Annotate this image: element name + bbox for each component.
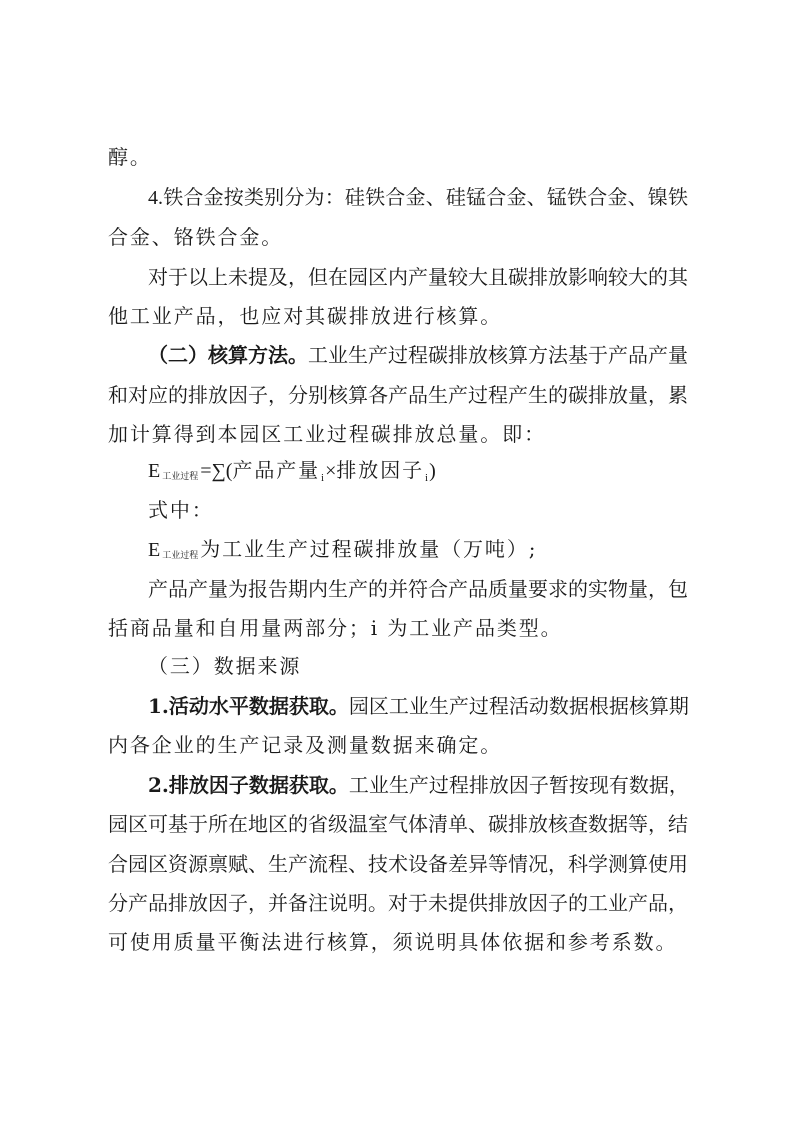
line-text: 铁合金按类别分为：硅铁合金、硅锰合金、锰铁合金、镍铁 xyxy=(163,185,688,209)
section-heading: （二）核算方法。 xyxy=(148,343,308,367)
formula: E工业过程=∑(产品产量i×排放因子i) xyxy=(148,455,688,485)
section-heading: （三）数据来源 xyxy=(148,651,688,681)
paragraph-line: 括商品量和自用量两部分；i 为工业产品类型。 xyxy=(108,613,688,643)
line-text: 园区工业生产过程活动数据根据核算期 xyxy=(349,694,689,718)
line-text: 合金、铬铁合金。 xyxy=(108,225,283,249)
document-page: 醇。 4.铁合金按类别分为：硅铁合金、硅锰合金、锰铁合金、镍铁 合金、铬铁合金。… xyxy=(0,0,794,1123)
formula-term1: 产品产量 xyxy=(232,458,320,482)
paragraph-line: 合金、铬铁合金。 xyxy=(108,222,688,252)
paragraph-line: 他工业产品，也应对其碳排放进行核算。 xyxy=(108,301,688,331)
formula-index: i xyxy=(425,472,428,484)
line-text: 内各企业的生产记录及测量数据来确定。 xyxy=(108,733,502,757)
line-text: 可使用质量平衡法进行核算，须说明具体依据和参考系数。 xyxy=(108,930,677,954)
formula-close: ) xyxy=(429,460,436,482)
paragraph-line: 园区可基于所在地区的省级温室气体清单、碳排放核查数据等，结 xyxy=(108,809,688,839)
line-text: 分产品排放因子，并备注说明。对于未提供排放因子的工业产品， xyxy=(108,891,688,915)
line-text: 工业生产过程碳排放核算方法基于产品产量 xyxy=(308,343,688,367)
definition-line: E工业过程为工业生产过程碳排放量（万吨）; xyxy=(148,534,688,564)
paragraph-line: 对于以上未提及，但在园区内产量较大且碳排放影响较大的其 xyxy=(148,262,688,292)
line-text: 工业生产过程排放因子暂按现有数据， xyxy=(349,773,689,797)
paragraph-line: 2.排放因子数据获取。工业生产过程排放因子暂按现有数据， xyxy=(148,770,688,800)
list-number: 4. xyxy=(148,187,163,209)
paragraph-line: 1.活动水平数据获取。园区工业生产过程活动数据根据核算期 xyxy=(148,691,688,721)
paragraph-line: 和对应的排放因子，分别核算各产品生产过程产生的碳排放量，累 xyxy=(108,380,688,410)
line-text: 为工业生产过程碳排放量（万吨）; xyxy=(200,537,537,561)
formula-term2: 排放因子 xyxy=(336,458,424,482)
paragraph-line: 4.铁合金按类别分为：硅铁合金、硅锰合金、锰铁合金、镍铁 xyxy=(148,182,688,212)
paragraph-line: 醇。 xyxy=(108,142,688,172)
paragraph-line: 内各企业的生产记录及测量数据来确定。 xyxy=(108,730,688,760)
subsection-heading: 2.排放因子数据获取。 xyxy=(148,773,349,797)
paragraph-line: 分产品排放因子，并备注说明。对于未提供排放因子的工业产品， xyxy=(108,888,688,918)
line-text: 产品产量为报告期内生产的并符合产品质量要求的实物量，包 xyxy=(148,577,688,601)
paragraph-line: 加计算得到本园区工业过程碳排放总量。即： xyxy=(108,419,688,449)
paragraph-line: 可使用质量平衡法进行核算，须说明具体依据和参考系数。 xyxy=(108,927,688,957)
formula-subscript: 工业过程 xyxy=(162,551,198,561)
line-text: 括商品量和自用量两部分；i 为工业产品类型。 xyxy=(108,616,563,640)
line-text: 式中： xyxy=(148,498,214,522)
formula-e: E xyxy=(148,460,160,482)
paragraph-line: 产品产量为报告期内生产的并符合产品质量要求的实物量，包 xyxy=(148,574,688,604)
line-text: 园区可基于所在地区的省级温室气体清单、碳排放核查数据等，结 xyxy=(108,812,688,836)
line-text: 对于以上未提及，但在园区内产量较大且碳排放影响较大的其 xyxy=(148,265,688,289)
formula-sum: =∑( xyxy=(200,460,232,482)
paragraph-line: 合园区资源禀赋、生产流程、技术设备差异等情况，科学测算使用 xyxy=(108,849,688,879)
line-text: 醇。 xyxy=(108,145,152,169)
subsection-heading: 1.活动水平数据获取。 xyxy=(148,694,349,718)
formula-subscript: 工业过程 xyxy=(162,472,198,482)
formula-e: E xyxy=(148,539,160,561)
line-text: （三）数据来源 xyxy=(148,654,301,678)
line-text: 合园区资源禀赋、生产流程、技术设备差异等情况，科学测算使用 xyxy=(108,852,688,876)
line-text: 加计算得到本园区工业过程碳排放总量。即： xyxy=(108,422,546,446)
formula-index: i xyxy=(321,472,324,484)
formula-times: × xyxy=(325,460,336,482)
paragraph-line: （二）核算方法。工业生产过程碳排放核算方法基于产品产量 xyxy=(148,340,688,370)
line-text: 他工业产品，也应对其碳排放进行核算。 xyxy=(108,304,502,328)
line-text: 和对应的排放因子，分别核算各产品生产过程产生的碳排放量，累 xyxy=(108,383,688,407)
where-label: 式中： xyxy=(148,495,688,525)
